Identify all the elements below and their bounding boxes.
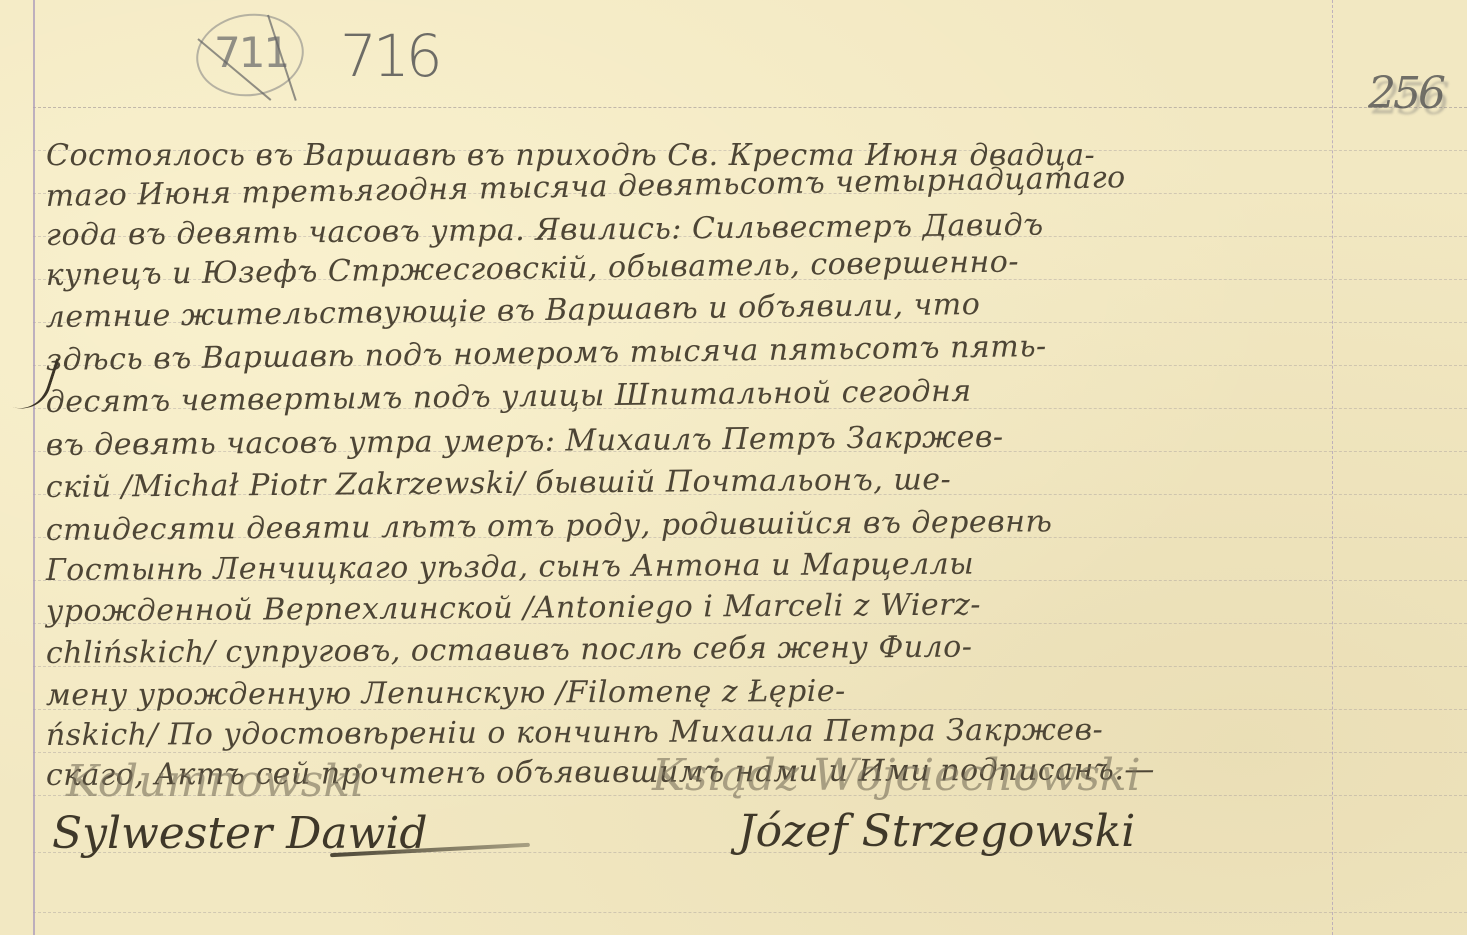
- signature-registrar: Kolumnowski: [66, 756, 364, 807]
- left-margin-line: [33, 0, 35, 935]
- record-line: ńskich/ По удостовѣренiи о кончинѣ Михаи…: [46, 711, 1336, 753]
- record-line: chlińskich/ супруговъ, оставивъ послѣ се…: [46, 627, 1336, 671]
- document-page: 711 716 256 Состоялось въ Варшавѣ въ при…: [0, 0, 1467, 935]
- record-line: скiй /Michał Piotr Zakrzewski/ бывшiй По…: [46, 459, 1336, 505]
- record-line: мену урожденную Лепинскую /Filomenę z Łę…: [46, 671, 1336, 713]
- top-rule-line: [33, 107, 1467, 108]
- record-line: Гостынѣ Ленчицкаго уѣзда, сынъ Антона и …: [46, 544, 1336, 588]
- struck-folio-number: 711: [214, 28, 288, 77]
- signature-priest: Ksiądz Wojciechowski: [652, 750, 1141, 801]
- ruled-line: [33, 912, 1467, 913]
- record-line: десятъ четвертымъ подъ улицы Шпитальной …: [46, 369, 1336, 420]
- folio-number: 716: [340, 22, 439, 90]
- record-line: стидесяти девяти лѣтъ отъ роду, родившiй…: [46, 502, 1336, 548]
- record-line: въ девять часовъ утра умеръ: Михаилъ Пет…: [46, 417, 1336, 463]
- page-number: 256: [1368, 68, 1443, 119]
- signature-witness-2: Józef Strzegowski: [738, 806, 1135, 857]
- record-line: здѣсь въ Варшавѣ подъ номеромъ тысяча пя…: [46, 325, 1336, 378]
